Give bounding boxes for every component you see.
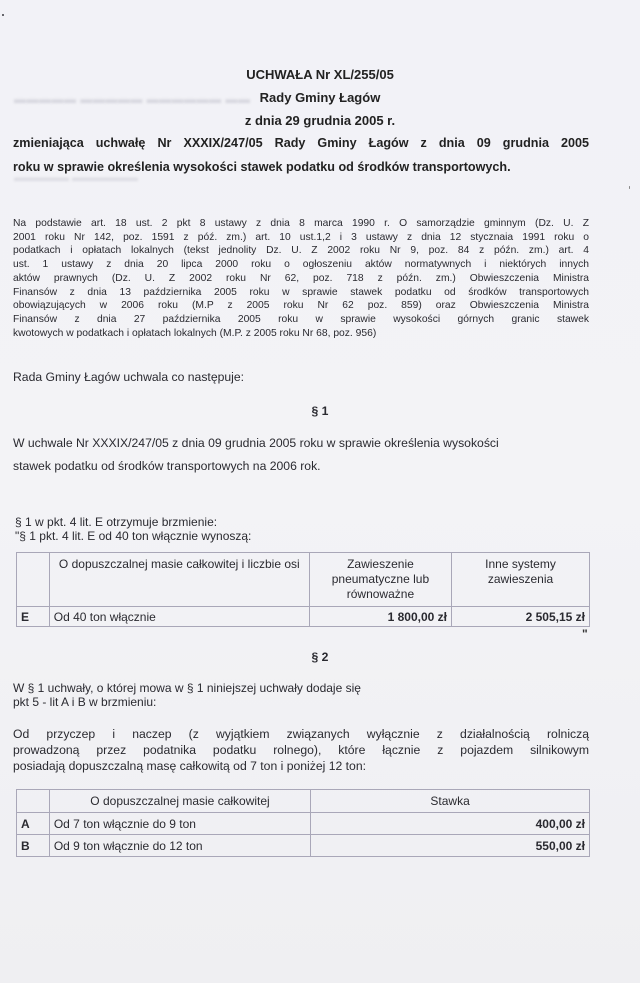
council-name: Rady Gminy Łagów [0,90,640,105]
resolution-date: z dnia 29 grudnia 2005 r. [0,113,640,128]
section-2-heading: § 2 [0,650,640,664]
text-line: pkt 5 - lit A i B w brzmieniu: [13,695,589,709]
legal-line: Na podstawie art. 18 ust. 2 pkt 8 ustawy… [13,217,589,231]
subject-line: zmieniająca uchwałę Nr XXXIX/247/05 Rady… [13,136,589,150]
header-cell: Inne systemy zawieszenia [452,553,590,607]
scanned-page: ▬▬▬▬▬ ▬▬▬▬▬ ▬▬▬▬▬▬ ▬▬ ▬▬▬▬▬ ▬▬▬▬▬▬ UCHWA… [0,0,640,983]
legal-line: ust. 1 ustawy z dnia 20 lipca 2000 roku … [13,258,589,272]
header-cell: Zawieszenie pneumatyczne lub równoważne [309,553,451,607]
section-2-intro: W § 1 uchwały, o której mowa w § 1 ninie… [13,681,589,709]
row-other-rate: 2 505,15 zł [452,607,590,627]
header-cell: Stawka [311,790,590,813]
text-line: "§ 1 pkt. 4 lit. E od 40 ton włącznie wy… [15,529,591,543]
legal-line: aktów prawnych (Dz. U. Z 2002 roku Nr 62… [13,272,589,286]
legal-line: obowiązujących w 2006 roku (M.P z 2005 r… [13,299,589,313]
table-row: A Od 7 ton włącznie do 9 ton 400,00 zł [17,813,590,835]
section-1-heading: § 1 [0,404,640,418]
table-header-row: O dopuszczalnej masie całkowitej Stawka [17,790,590,813]
row-rate: 400,00 zł [311,813,590,835]
section-1-amendment: § 1 w pkt. 4 lit. E otrzymuje brzmienie:… [15,515,591,543]
scan-speck [629,186,630,189]
legal-line: Finansów z dnia 27 października 2005 rok… [13,313,589,327]
table-header-row: O dopuszczalnej masie całkowitej i liczb… [17,553,590,607]
table-trailers: O dopuszczalnej masie całkowitej Stawka … [16,789,590,857]
header-cell: O dopuszczalnej masie całkowitej i liczb… [49,553,309,607]
row-description: Od 7 ton włącznie do 9 ton [49,813,310,835]
row-letter: E [17,607,50,627]
legal-line: Finansów z dnia 13 października 2005 rok… [13,286,589,300]
text-line: stawek podatku od środków transportowych… [13,455,589,478]
section-2-text: Od przyczep i naczep (z wyjątkiem związa… [13,726,589,774]
scan-speck [2,14,4,16]
text-line: Od przyczep i naczep (z wyjątkiem związa… [13,726,589,742]
resolves-statement: Rada Gminy Łagów uchwala co następuje: [13,370,244,384]
legal-line: 2001 roku Nr 142, poz. 1591 z póź. zm.) … [13,231,589,245]
row-rate: 550,00 zł [311,835,590,857]
legal-basis: Na podstawie art. 18 ust. 2 pkt 8 ustawy… [13,217,589,340]
row-letter: A [17,813,50,835]
header-cell: O dopuszczalnej masie całkowitej [49,790,310,813]
closing-quote: " [582,627,588,641]
row-description: Od 9 ton włącznie do 12 ton [49,835,310,857]
header-cell [17,553,50,607]
subject-line: roku w sprawie określenia wysokości staw… [13,160,589,174]
text-line: posiadają dopuszczalną masę całkowitą od… [13,758,589,774]
legal-line: podatkach i opłatach lokalnych (tekst je… [13,244,589,258]
table-row: B Od 9 ton włącznie do 12 ton 550,00 zł [17,835,590,857]
header-cell [17,790,50,813]
resolution-title: UCHWAŁA Nr XL/255/05 [0,67,640,82]
row-description: Od 40 ton włącznie [49,607,309,627]
text-line: W § 1 uchwały, o której mowa w § 1 ninie… [13,681,589,695]
section-1-text: W uchwale Nr XXXIX/247/05 z dnia 09 grud… [13,432,589,478]
text-line: § 1 w pkt. 4 lit. E otrzymuje brzmienie: [15,515,591,529]
text-line: W uchwale Nr XXXIX/247/05 z dnia 09 grud… [13,432,589,455]
table-heavy-vehicles: O dopuszczalnej masie całkowitej i liczb… [16,552,590,627]
text-line: prowadzoną przez podatnika podatku rolne… [13,742,589,758]
table-row: E Od 40 ton włącznie 1 800,00 zł 2 505,1… [17,607,590,627]
legal-line: kwotowych w podatkach i opłatach lokalny… [13,327,589,341]
row-pneumatic-rate: 1 800,00 zł [309,607,451,627]
row-letter: B [17,835,50,857]
